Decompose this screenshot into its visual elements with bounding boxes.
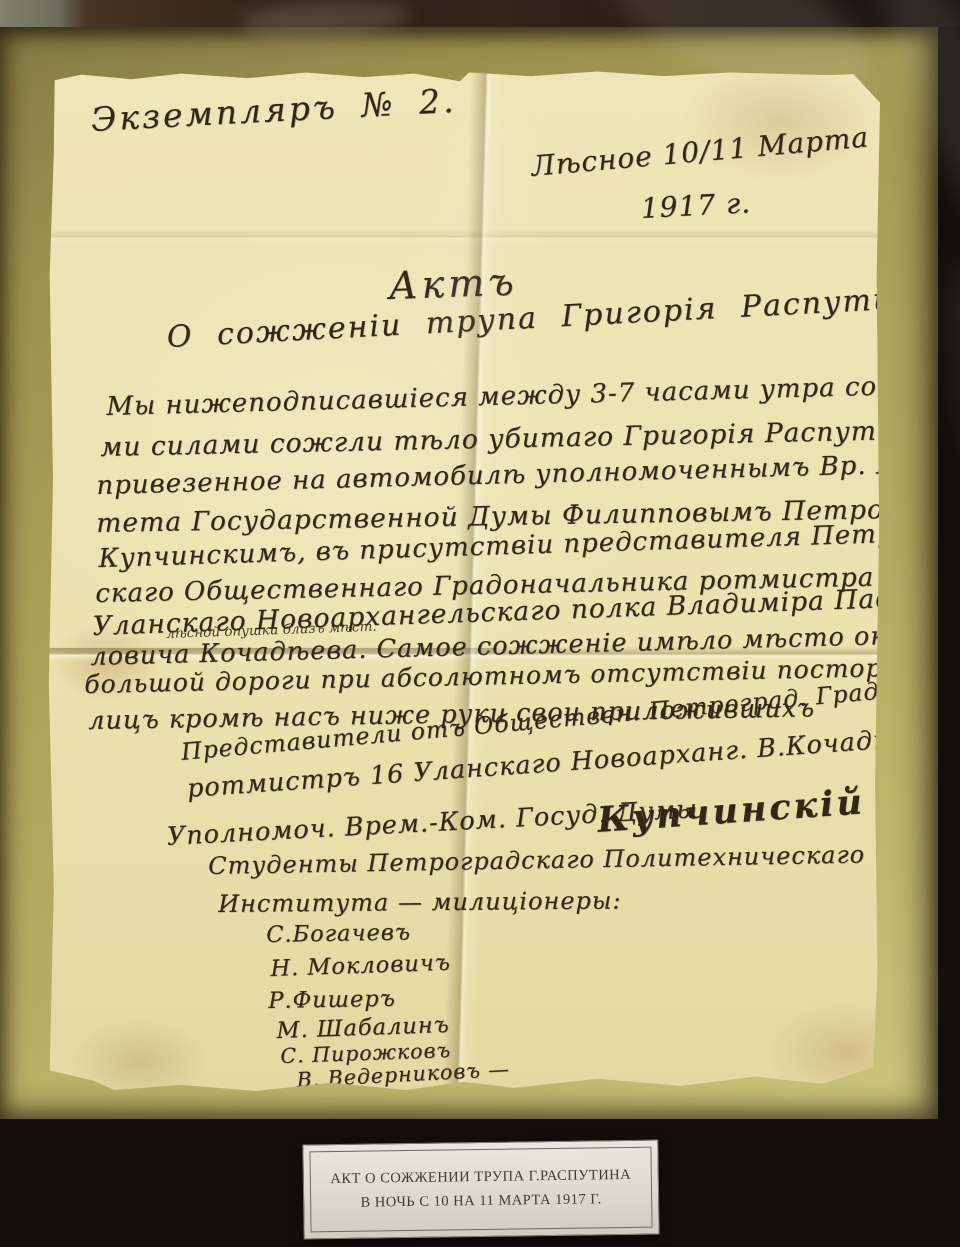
body-line: Мы нижеподписавшіеся между 3-7 часами ут… [106, 368, 960, 422]
document-paper: Экземпляръ № 2.Лѣсное 10/11 Марта1917 г.… [48, 70, 880, 1092]
museum-label: АКТ О СОЖЖЕНИИ ТРУПА Г.РАСПУТИНА В НОЧЬ … [302, 1140, 659, 1240]
act-heading: Актъ [388, 260, 518, 308]
label-line-2: В НОЧЬ С 10 НА 11 МАРТА 1917 Г. [360, 1188, 601, 1215]
dateline-place: Лѣсное 10/11 Марта [530, 120, 870, 182]
dateline-year: 1917 г. [640, 186, 752, 225]
student-signature: Р.Фишеръ [268, 986, 396, 1014]
student-signature: Н. Мокловичъ [270, 950, 451, 982]
frame-top-shadow [0, 0, 960, 27]
signature-line: Купчинскій — [596, 778, 919, 841]
students-heading-line: Института — милиціонеры: [218, 886, 622, 918]
museum-label-inner-border: АКТ О СОЖЖЕНИИ ТРУПА Г.РАСПУТИНА В НОЧЬ … [309, 1147, 652, 1233]
act-subheading: О сожженіи трупа Григорія Распутина [166, 280, 937, 355]
museum-display-photo: Экземпляръ № 2.Лѣсное 10/11 Марта1917 г.… [0, 0, 960, 1247]
copy-number: Экземпляръ № 2. [90, 81, 457, 139]
students-heading-line: Студенты Петроградскаго Политехническаго [208, 841, 865, 880]
student-signature: С.Богачевъ [266, 919, 411, 948]
paper-fold-crease [48, 225, 880, 247]
